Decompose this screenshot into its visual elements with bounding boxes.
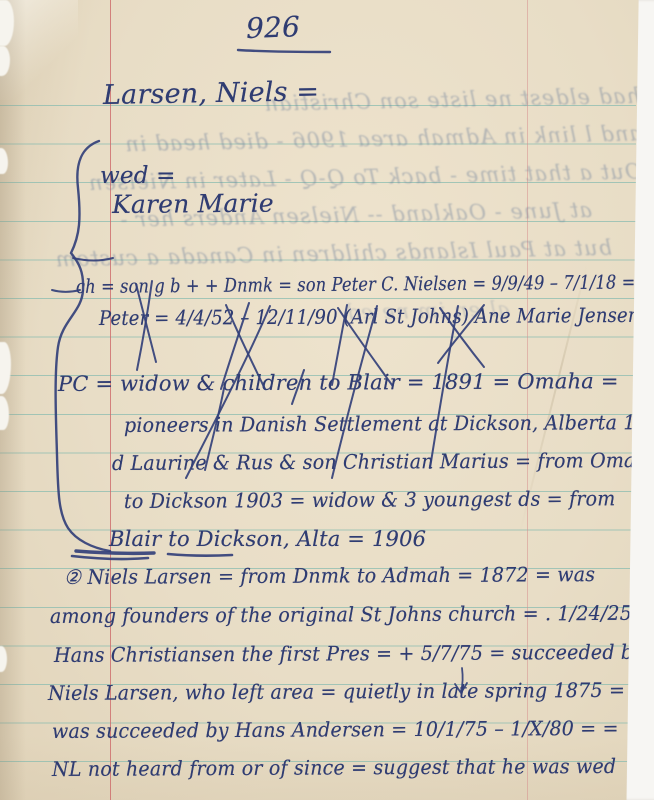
handwritten-line-founders: among founders of the original St Johns … <box>50 601 654 628</box>
page-number: 926 <box>245 10 300 45</box>
handwritten-line-christiansen: Hans Christiansen the first Pres = + 5/7… <box>54 640 644 667</box>
handwritten-line-leftarea: Niels Larsen, who left area = quietly in… <box>48 678 648 705</box>
wed-label: wed = <box>100 163 176 189</box>
handwritten-line-andersen: was succeeded by Hans Andersen = 10/1/75… <box>52 716 619 743</box>
entry-heading: Larsen, Niels = <box>103 76 320 111</box>
scanned-page: had eldest ne liste son Christian and l … <box>0 0 654 800</box>
handwritten-line-pc: PC = widow & children to Blair = 1891 = … <box>58 369 619 396</box>
handwritten-line-pioneers: pioneers in Danish Settlement at Dickson… <box>124 410 654 437</box>
handwritten-line-niels1: ② Niels Larsen = from Dnmk to Admah = 18… <box>64 562 595 589</box>
handwritten-line-notheard: NL not heard from or of since = suggest … <box>52 754 616 781</box>
handwritten-line-laurine: d Laurine & Rus & son Christian Marius =… <box>112 448 654 475</box>
spouse-name: Karen Marie <box>112 189 274 219</box>
handwritten-line-blair: Blair to Dickson, Alta = 1906 <box>109 527 426 551</box>
handwritten-line-children: ch = son g b + + Dnmk = son Peter C. Nie… <box>76 271 654 298</box>
handwritten-line-dickson: to Dickson 1903 = widow & 3 youngest ds … <box>124 486 616 513</box>
handwritten-line-peter: Peter = 4/4/52 – 12/11/90 (Arl St Johns)… <box>99 302 654 330</box>
